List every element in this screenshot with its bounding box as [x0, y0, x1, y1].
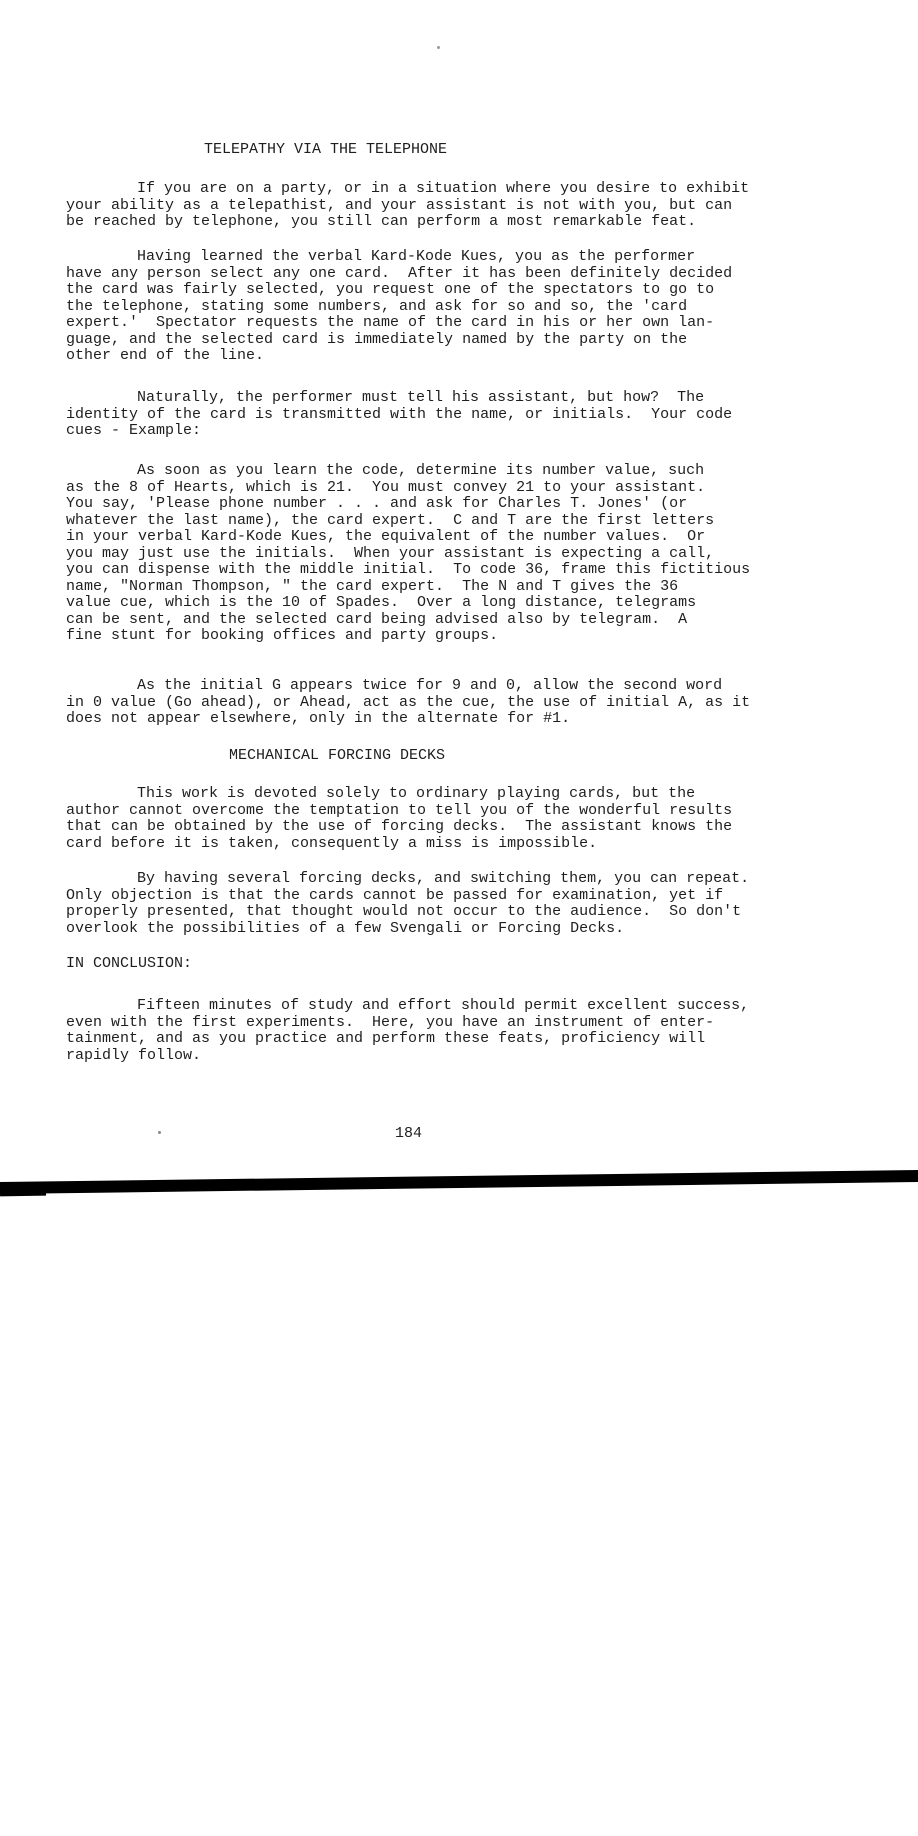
paragraph: As soon as you learn the code, determine…	[66, 463, 776, 645]
section-title-mechanical-forcing-decks: MECHANICAL FORCING DECKS	[229, 748, 918, 765]
paragraph: Having learned the verbal Kard-Kode Kues…	[66, 249, 776, 365]
section-title-in-conclusion: IN CONCLUSION:	[66, 956, 776, 973]
paragraph: This work is devoted solely to ordinary …	[66, 786, 776, 852]
scanned-document-page: TELEPATHY VIA THE TELEPHONE If you are o…	[0, 0, 918, 1836]
section-title-telepathy: TELEPATHY VIA THE TELEPHONE	[204, 142, 914, 159]
paragraph: If you are on a party, or in a situation…	[66, 181, 776, 231]
paragraph: As the initial G appears twice for 9 and…	[66, 678, 776, 728]
page-number: 184	[395, 1126, 422, 1143]
scan-speck	[158, 1131, 161, 1134]
paragraph: By having several forcing decks, and swi…	[66, 871, 776, 937]
scan-artifact-bar-blob	[0, 1187, 46, 1197]
scan-artifact-bar	[0, 1170, 918, 1194]
paragraph: Naturally, the performer must tell his a…	[66, 390, 776, 440]
paragraph: Fifteen minutes of study and effort shou…	[66, 998, 776, 1064]
scan-speck	[437, 46, 440, 49]
